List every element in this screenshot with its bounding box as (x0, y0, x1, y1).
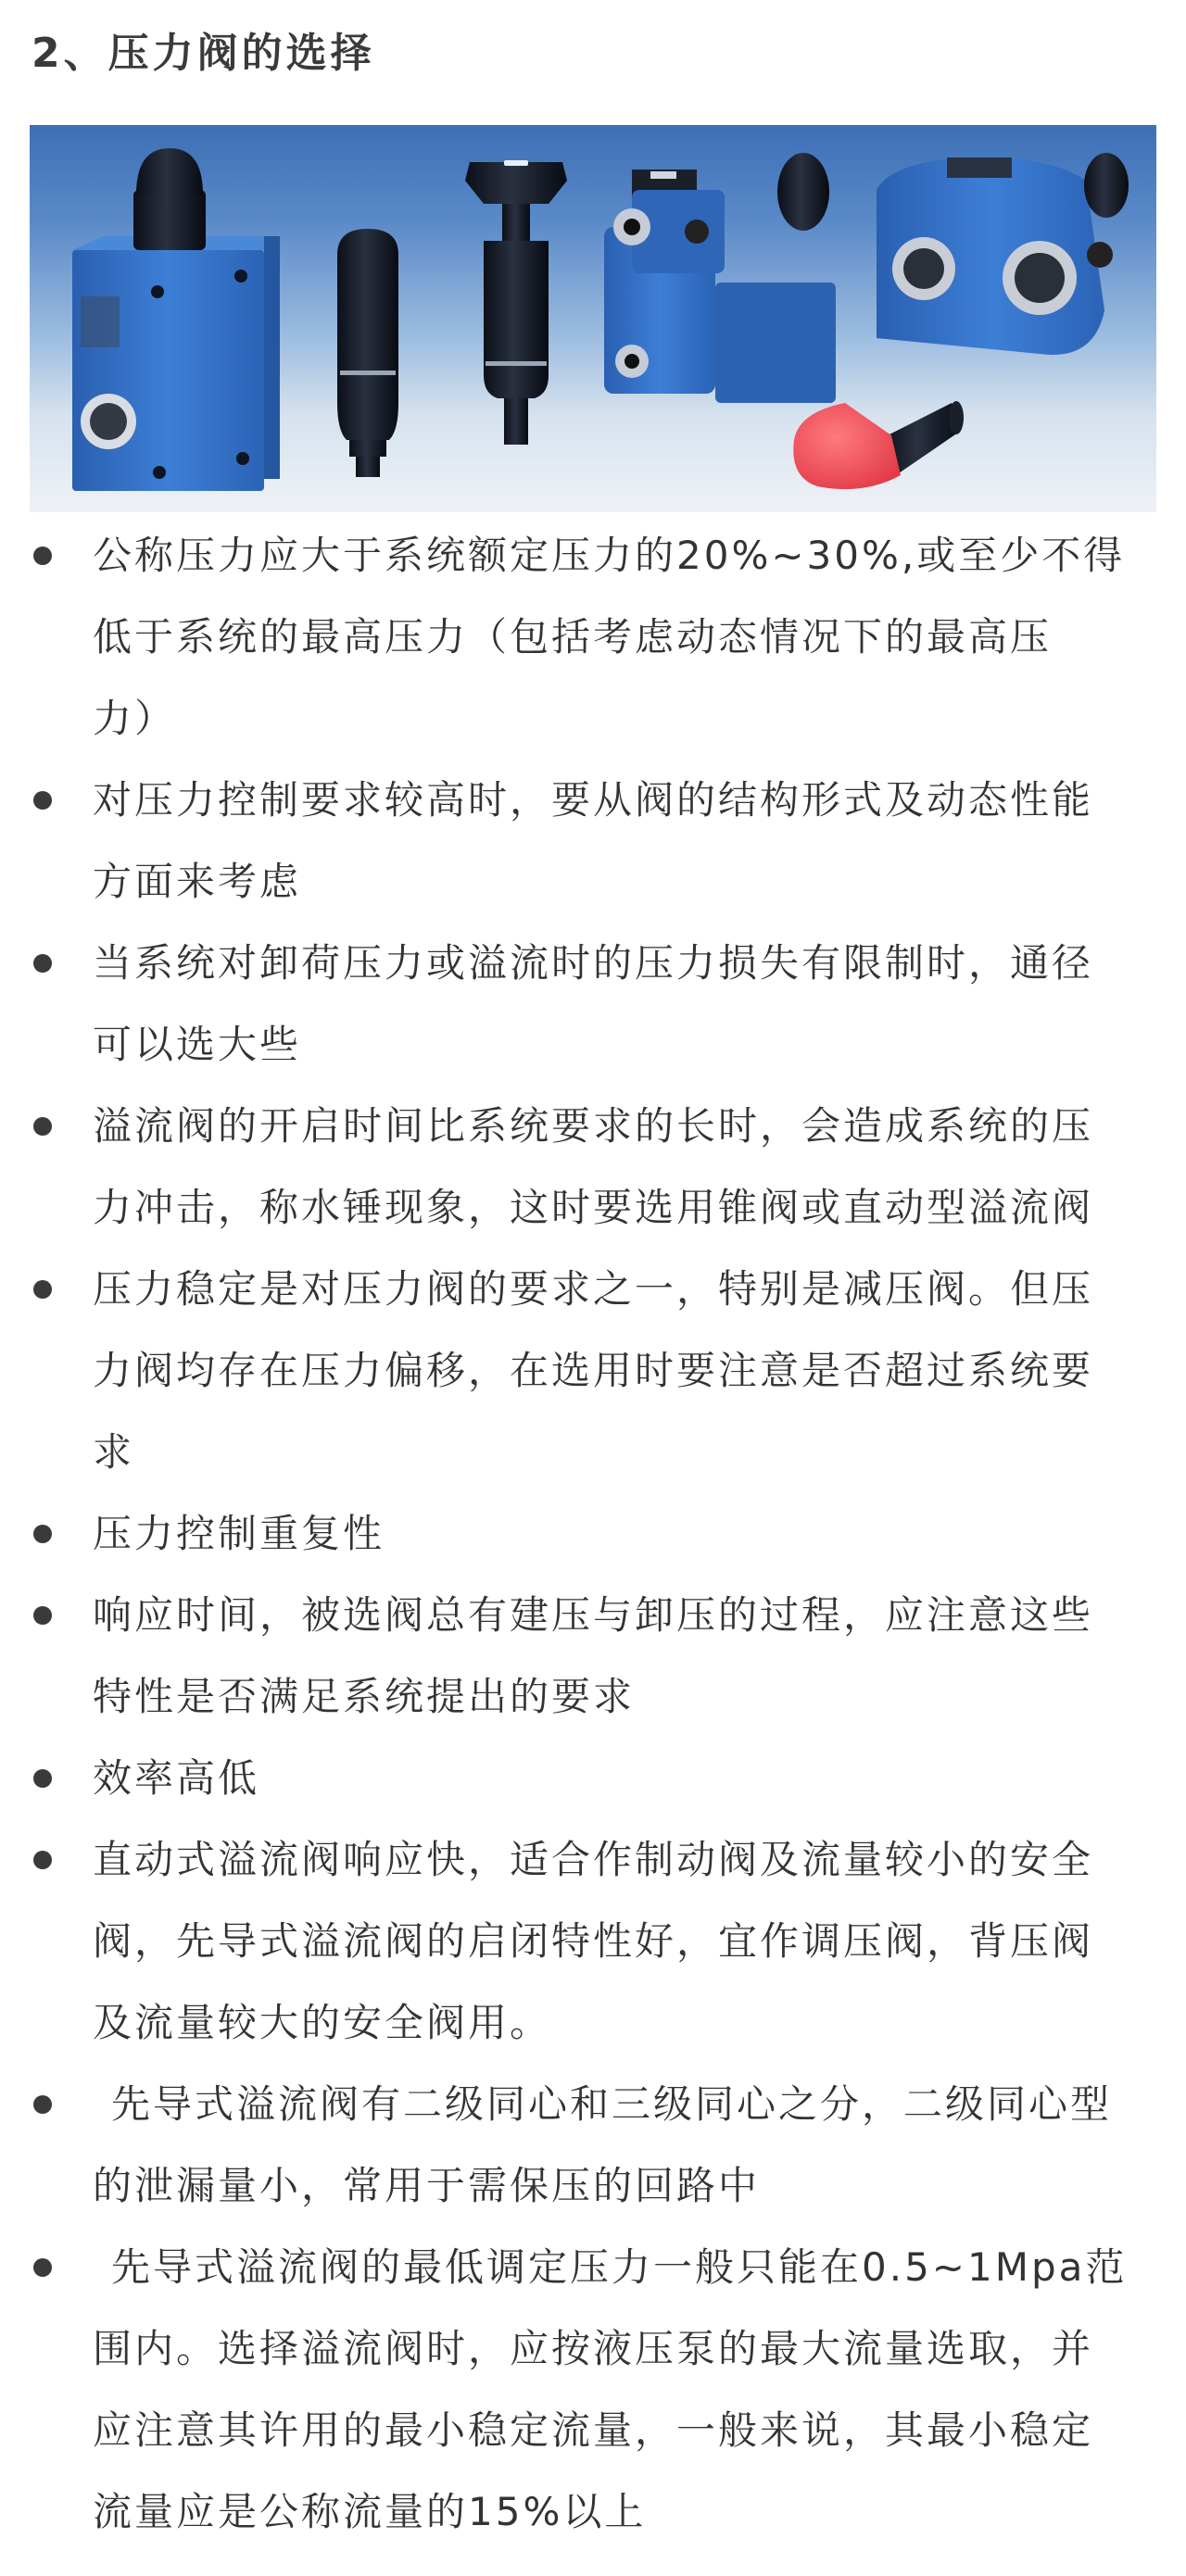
red-cap-cartridge-icon (793, 401, 964, 489)
list-item-line: 特性是否满足系统提出的要求 (0, 1656, 1186, 1738)
list-item: 效率高低 (0, 1738, 1186, 1819)
pressure-valves-photo (30, 125, 1156, 512)
cartridge-valve-icon (337, 229, 398, 477)
bullet-dot-icon (33, 547, 52, 565)
list-item-line: 力） (0, 678, 1186, 760)
list-item: 直动式溢流阀响应快，适合作制动阀及流量较小的安全 阀，先导式溢流阀的启闭特性好，… (0, 1819, 1186, 2064)
list-item-line: 压力稳定是对压力阀的要求之一，特别是减压阀。但压 (0, 1249, 1186, 1330)
list-item-line: 响应时间，被选阀总有建压与卸压的过程，应注意这些 (0, 1575, 1186, 1656)
list-item-line: 先导式溢流阀有二级同心和三级同心之分，二级同心型 (0, 2064, 1186, 2145)
list-item-line: 溢流阀的开启时间比系统要求的长时，会造成系统的压 (0, 1086, 1186, 1167)
bullet-dot-icon (33, 2095, 52, 2114)
pilot-pressure-valve-icon (877, 153, 1129, 355)
bullet-dot-icon (33, 791, 52, 810)
list-item-line: 公称压力应大于系统额定压力的20%~30%,或至少不得 (0, 515, 1186, 597)
list-item-line: 当系统对卸荷压力或溢流时的压力损失有限制时，通径 (0, 923, 1186, 1004)
list-item-line: 直动式溢流阀响应快，适合作制动阀及流量较小的安全 (0, 1819, 1186, 1901)
bullet-dot-icon (33, 1769, 52, 1788)
list-item-line: 先导式溢流阀的最低调定压力一般只能在0.5~1Mpa范 (0, 2227, 1186, 2308)
bullet-dot-icon (33, 1851, 52, 1869)
list-item: 溢流阀的开启时间比系统要求的长时，会造成系统的压 力冲击，称水锤现象，这时要选用… (0, 1086, 1186, 1249)
list-item: 响应时间，被选阀总有建压与卸压的过程，应注意这些 特性是否满足系统提出的要求 (0, 1575, 1186, 1738)
list-item-line: 可以选大些 (0, 1004, 1186, 1086)
list-item-line: 方面来考虑 (0, 841, 1186, 923)
pilot-relief-valve-icon (604, 153, 836, 403)
list-item-line: 及流量较大的安全阀用。 (0, 1982, 1186, 2064)
list-item-line: 力冲击，称水锤现象，这时要选用锥阀或直动型溢流阀 (0, 1167, 1186, 1249)
list-item: 当系统对卸荷压力或溢流时的压力损失有限制时，通径 可以选大些 (0, 923, 1186, 1086)
section-title: 2、压力阀的选择 (32, 28, 375, 80)
list-item: 压力控制重复性 (0, 1493, 1186, 1575)
list-item: 公称压力应大于系统额定压力的20%~30%,或至少不得 低于系统的最高压力（包括… (0, 515, 1186, 760)
list-item-line: 低于系统的最高压力（包括考虑动态情况下的最高压 (0, 597, 1186, 678)
list-item: 对压力控制要求较高时，要从阀的结构形式及动态性能 方面来考虑 (0, 760, 1186, 923)
list-item-line: 应注意其许用的最小稳定流量，一般来说，其最小稳定 (0, 2390, 1186, 2471)
block-valve-icon (72, 148, 280, 491)
bullet-dot-icon (33, 2258, 52, 2277)
cartridge-handle-valve-icon (465, 160, 567, 445)
list-item-line: 的泄漏量小，常用于需保压的回路中 (0, 2145, 1186, 2227)
list-item-line: 流量应是公称流量的15%以上 (0, 2471, 1186, 2553)
bullet-dot-icon (33, 1525, 52, 1543)
bullet-dot-icon (33, 1606, 52, 1625)
selection-criteria-list: 公称压力应大于系统额定压力的20%~30%,或至少不得 低于系统的最高压力（包括… (0, 515, 1186, 2553)
list-item: 压力稳定是对压力阀的要求之一，特别是减压阀。但压 力阀均存在压力偏移，在选用时要… (0, 1249, 1186, 1493)
list-item-line: 求 (0, 1412, 1186, 1493)
list-item-line: 压力控制重复性 (0, 1493, 1186, 1575)
bullet-dot-icon (33, 954, 52, 973)
bullet-dot-icon (33, 1117, 52, 1136)
list-item-line: 对压力控制要求较高时，要从阀的结构形式及动态性能 (0, 760, 1186, 841)
bullet-dot-icon (33, 1280, 52, 1299)
list-item-line: 效率高低 (0, 1738, 1186, 1819)
list-item-line: 围内。选择溢流阀时，应按液压泵的最大流量选取，并 (0, 2308, 1186, 2390)
list-item-line: 力阀均存在压力偏移，在选用时要注意是否超过系统要 (0, 1330, 1186, 1412)
list-item: 先导式溢流阀的最低调定压力一般只能在0.5~1Mpa范 围内。选择溢流阀时，应按… (0, 2227, 1186, 2553)
list-item-line: 阀，先导式溢流阀的启闭特性好，宜作调压阀，背压阀 (0, 1901, 1186, 1982)
list-item: 先导式溢流阀有二级同心和三级同心之分，二级同心型 的泄漏量小，常用于需保压的回路… (0, 2064, 1186, 2227)
